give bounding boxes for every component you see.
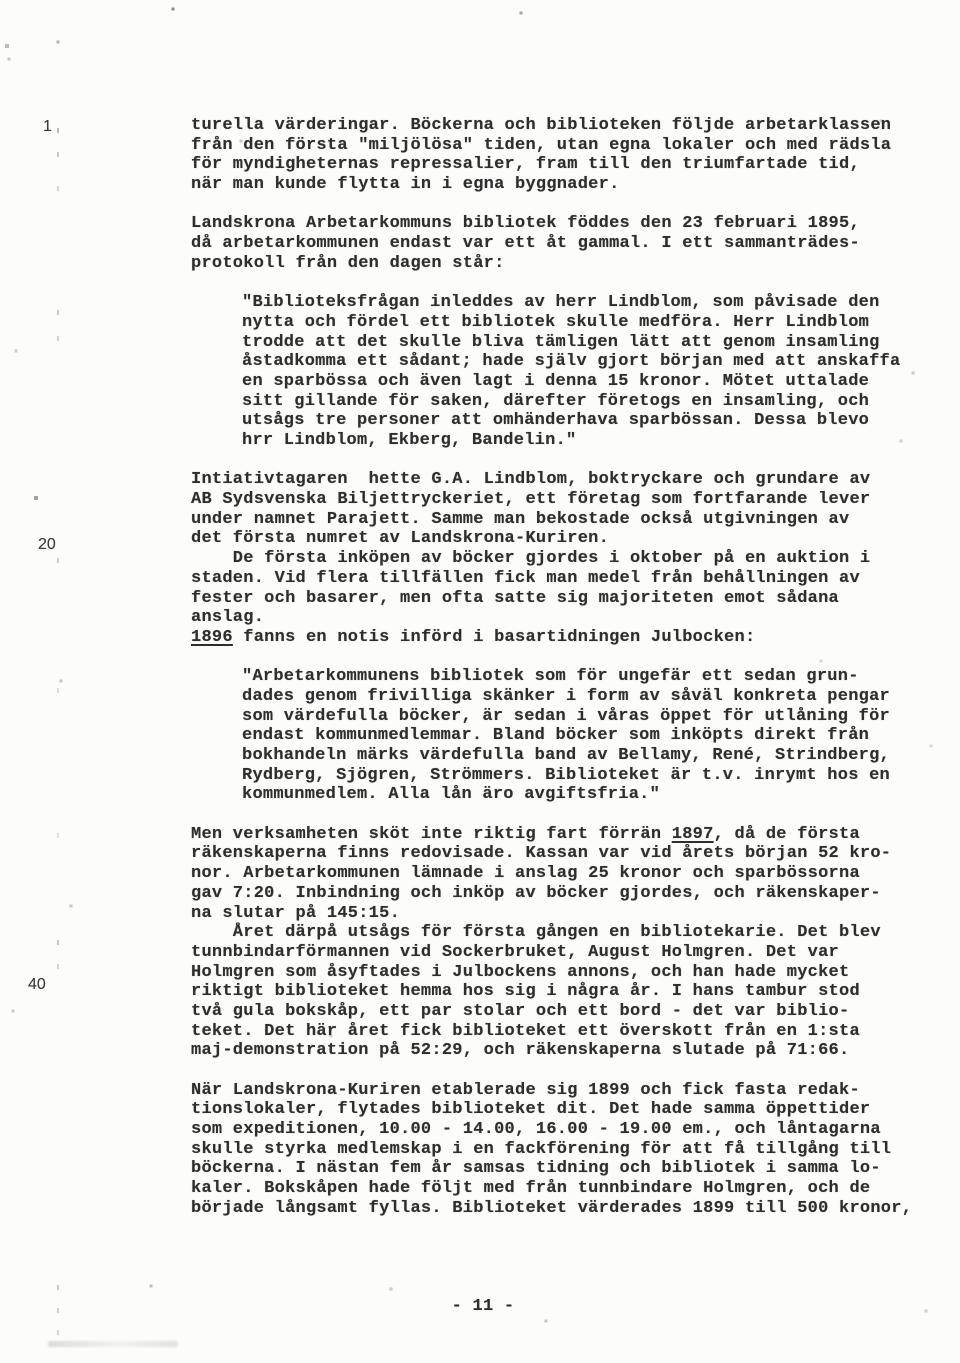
margin-line-number-40: 40 [28,976,46,994]
margin-line-number-1: 1 [43,118,52,136]
text-line: Landskrona Arbetarkommuns bibliotek född… [191,214,931,234]
quote-block: "Arbetarkommunens bibliotek som för unge… [191,667,931,805]
text-line: De första inköpen av böcker gjordes i ok… [191,549,931,569]
paragraph: Men verksamheten sköt inte riktig fart f… [191,825,931,1061]
text-line: teket. Det här året fick biblioteket ett… [191,1022,931,1042]
text-line: staden. Vid flera tillfällen fick man me… [191,569,931,589]
text-line: skulle styrka medlemskap i en fackföreni… [191,1140,931,1160]
text-line: trodde att det skulle bliva tämligen lät… [242,333,931,353]
text-line: turella värderingar. Böckerna och biblio… [191,116,931,136]
text-line: gav 7:20. Inbindning och inköp av böcker… [191,884,931,904]
text-line: Men verksamheten sköt inte riktig fart f… [191,825,931,845]
text-line: Holmgren som åsyftades i Julbockens anno… [191,963,931,983]
page-number: - 11 - [452,1297,515,1316]
text-line: maj-demonstration på 52:29, och räkenska… [191,1041,931,1061]
text-line: riktigt biblioteket hemma hos sig i någr… [191,982,931,1002]
text-line: en sparbössa och även lagt i denna 15 kr… [242,372,931,392]
quote-block: "Biblioteksfrågan inleddes av herr Lindb… [191,293,931,451]
paragraph: Landskrona Arbetarkommuns bibliotek född… [191,214,931,273]
text-line: dades genom frivilliga skänker i form av… [242,687,931,707]
text-line: åstadkomma ett sådant; hade själv gjort … [242,352,931,372]
text-line: anslag. [191,608,931,628]
text-line: nytta och fördel ett bibliotek skulle me… [242,313,931,333]
text-line: kommunmedlem. Alla lån äro avgiftsfria." [242,785,931,805]
text-line: kaler. Bokskåpen hade följt med från tun… [191,1179,931,1199]
text-line: endast kommunmedlemmar. Bland böcker som… [242,726,931,746]
text-line: det första numret av Landskrona-Kuriren. [191,529,931,549]
text-line: som värdefulla böcker, är sedan i våras … [242,707,931,727]
text-line: sitt gillande för saken, därefter företo… [242,392,931,412]
text-line: då arbetarkommunen endast var ett åt gam… [191,234,931,254]
scanned-page: 1 20 40 turella värderingar. Böckerna oc… [0,0,960,1363]
text-line: som expeditionen, 10.00 - 14.00, 16.00 -… [191,1120,931,1140]
bottom-smudge [48,1341,178,1347]
text-line: när man kunde flytta in i egna byggnader… [191,175,931,195]
text-line: 1896 fanns en notis införd i basartidnin… [191,628,931,648]
text-line: hrr Lindblom, Ekberg, Bandelin." [242,431,931,451]
text-line: böckerna. I nästan fem år samsas tidning… [191,1159,931,1179]
text-line: nor. Arbetarkommunen lämnade i anslag 25… [191,864,931,884]
text-line: "Biblioteksfrågan inleddes av herr Lindb… [242,293,931,313]
text-line: Rydberg, Sjögren, Strömmers. Biblioteket… [242,766,931,786]
text-line: började långsamt fyllas. Biblioteket vär… [191,1199,931,1219]
text-line: från den första "miljölösa" tiden, utan … [191,136,931,156]
paragraph: turella värderingar. Böckerna och biblio… [191,116,931,195]
text-line: "Arbetarkommunens bibliotek som för unge… [242,667,931,687]
text-line: räkenskaperna finns redovisade. Kassan v… [191,844,931,864]
margin-line-number-20: 20 [38,536,56,554]
text-line: under namnet Parajett. Samme man bekosta… [191,510,931,530]
text-line: tionslokaler, flytades biblioteket dit. … [191,1100,931,1120]
document-text: turella värderingar. Böckerna och biblio… [191,116,931,1219]
text-line: bokhandeln märks värdefulla band av Bell… [242,746,931,766]
text-line: fester och basarer, men ofta satte sig m… [191,589,931,609]
paragraph: När Landskrona-Kuriren etablerade sig 18… [191,1081,931,1219]
text-line: na slutar på 145:15. [191,904,931,924]
text-line: utsågs tre personer att omhänderhava spa… [242,411,931,431]
fold-marks [57,128,59,133]
paragraph: Intiativtagaren hette G.A. Lindblom, bok… [191,470,931,647]
text-line: AB Sydsvenska Biljettryckeriet, ett före… [191,490,931,510]
text-line: Intiativtagaren hette G.A. Lindblom, bok… [191,470,931,490]
text-line: för myndigheternas repressalier, fram ti… [191,155,931,175]
text-line: tunnbindarförmannen vid Sockerbruket, Au… [191,943,931,963]
text-line: När Landskrona-Kuriren etablerade sig 18… [191,1081,931,1101]
text-line: Året därpå utsågs för första gången en b… [191,923,931,943]
text-line: två gula bokskåp, ett par stolar och ett… [191,1002,931,1022]
scan-speckles [0,0,2,2]
text-line: protokoll från den dagen står: [191,254,931,274]
